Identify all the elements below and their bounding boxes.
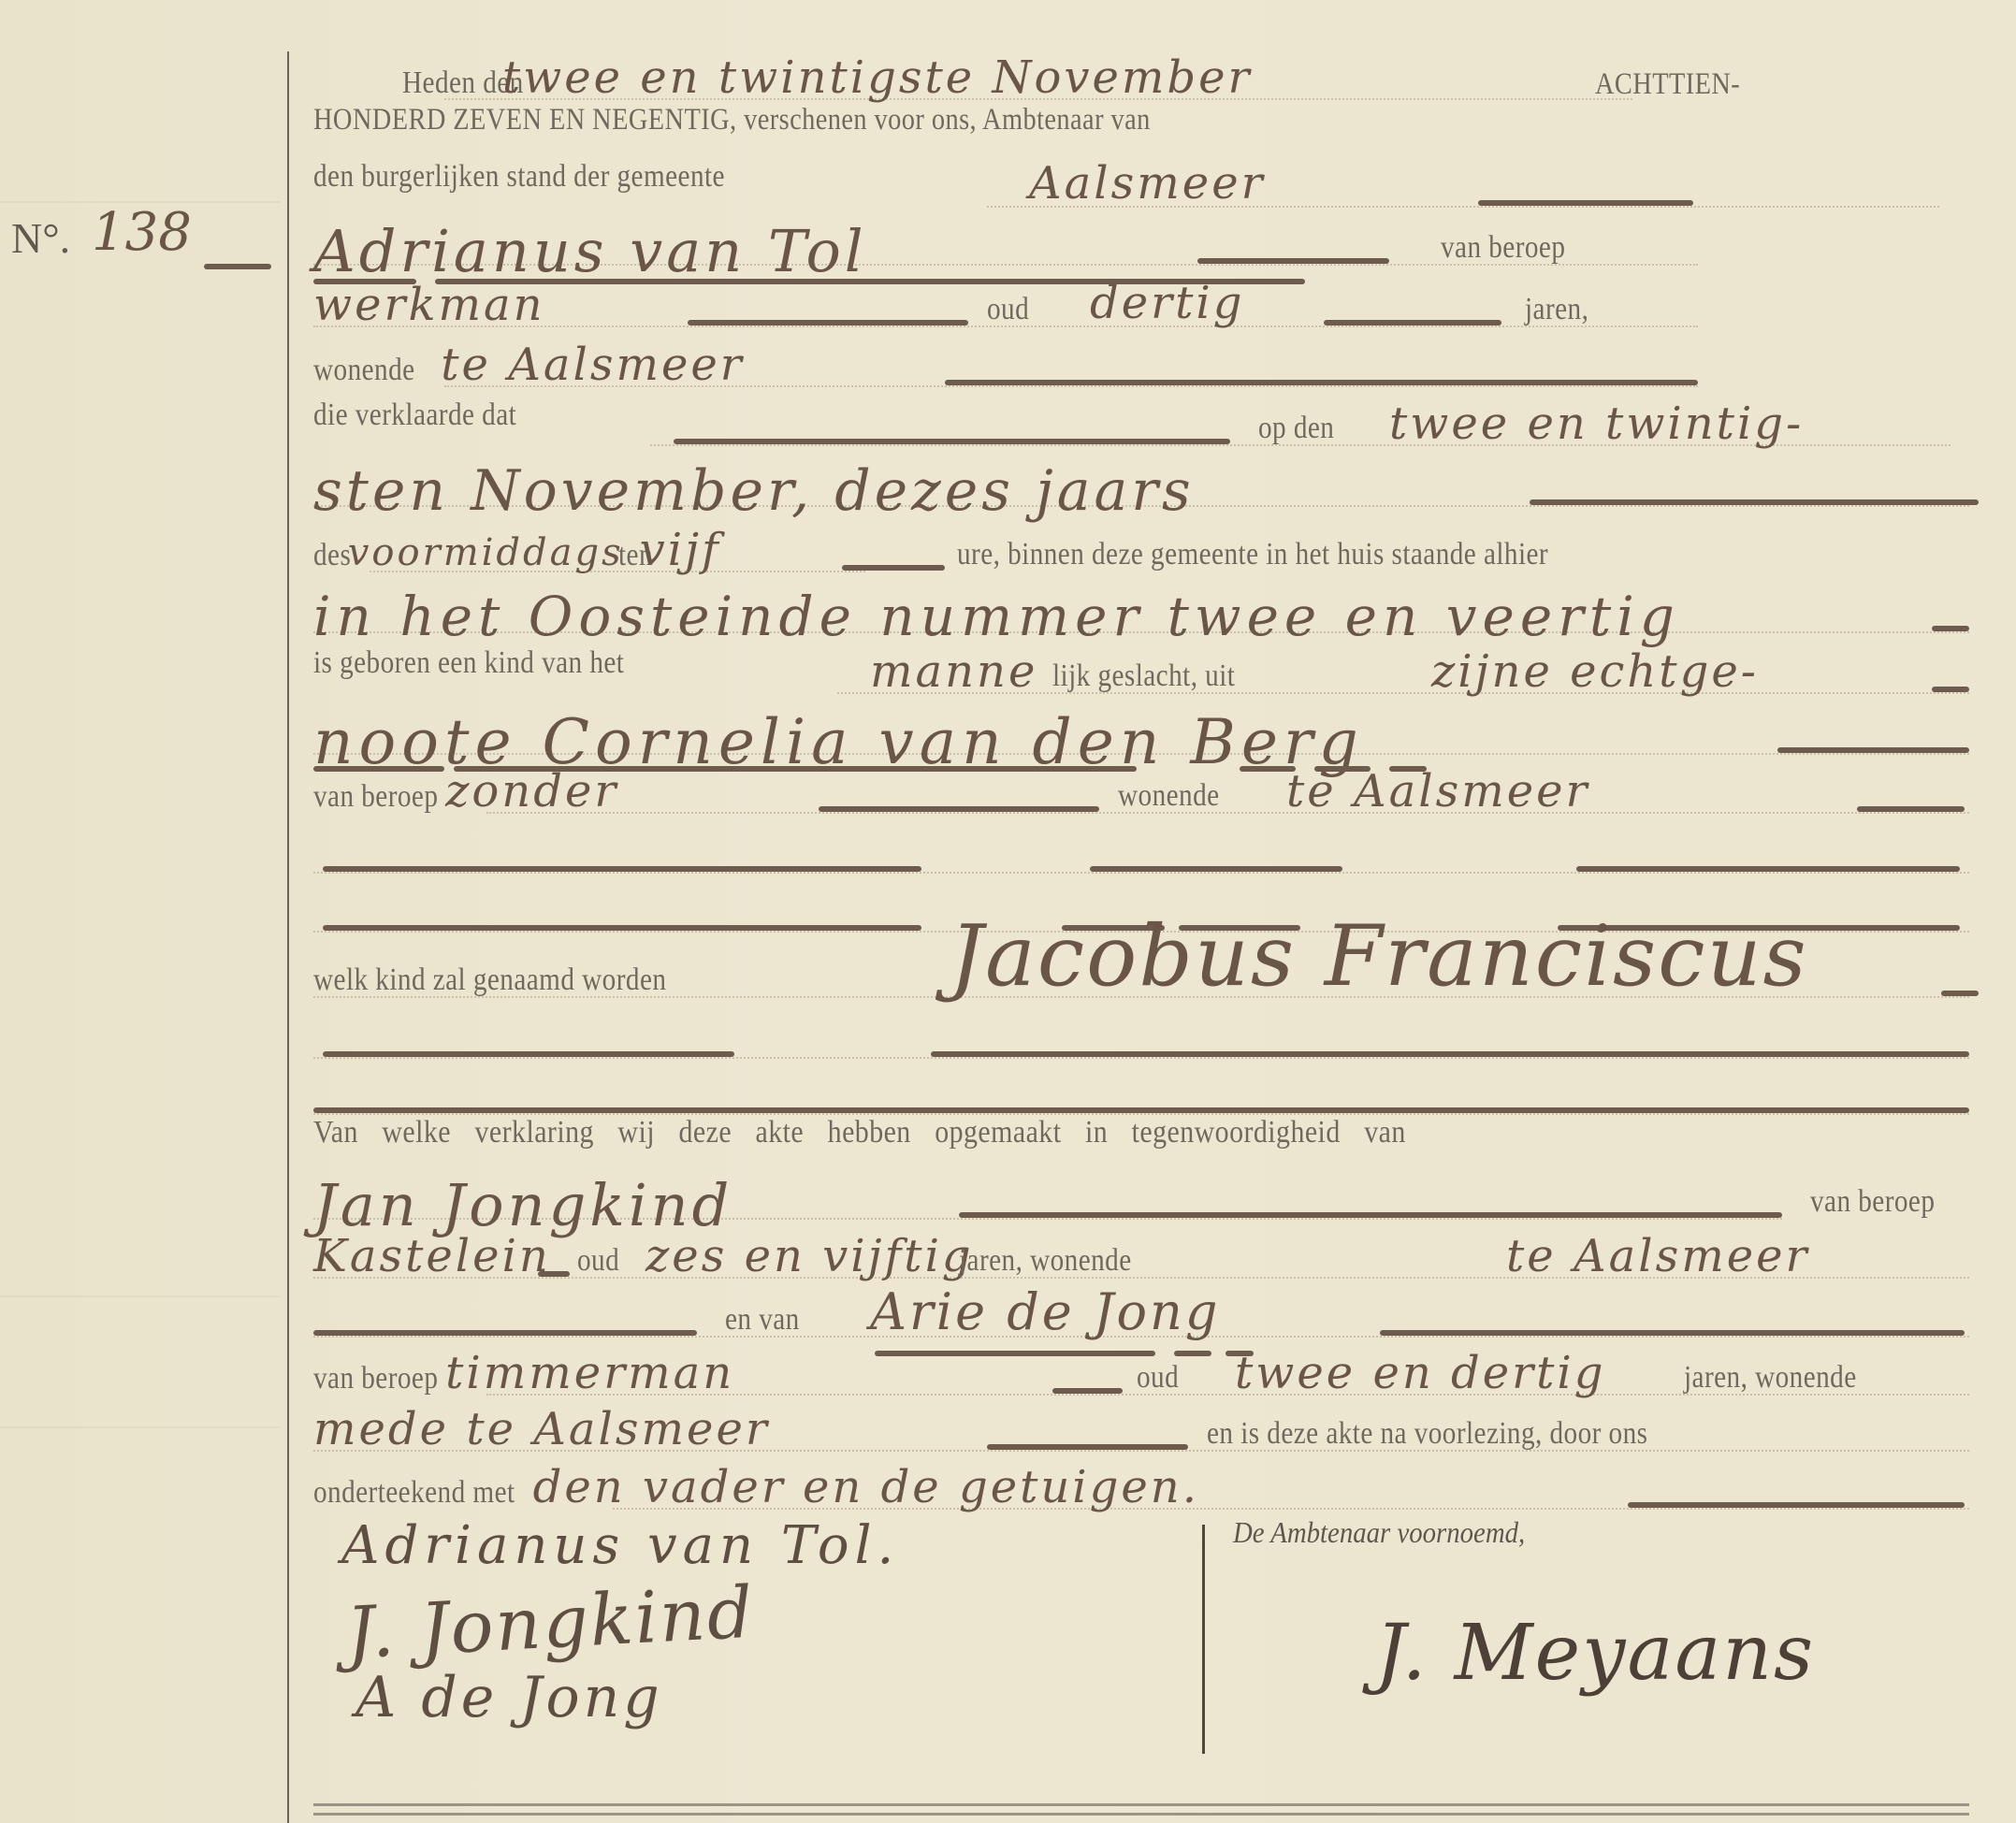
fill-dash — [1857, 806, 1965, 812]
bottom-double-rule — [313, 1813, 1969, 1816]
print-text: wonende — [1118, 778, 1220, 814]
form-line-22: en van Arie de Jong — [313, 1289, 1969, 1345]
form-line-4: Adrianus van Tol van beroep — [313, 217, 1969, 273]
handwritten-text: den vader en de getuigen. — [533, 1461, 1199, 1513]
print-text: van beroep — [313, 779, 438, 815]
print-text: en is deze akte na voorlezing, door ons — [1207, 1416, 1647, 1452]
form-line-24: mede te Aalsmeer en is deze akte na voor… — [313, 1403, 1969, 1459]
fill-dash — [1052, 1388, 1123, 1394]
print-text: jaren, — [1525, 292, 1588, 327]
fill-dash — [1628, 1502, 1965, 1508]
print-text: jaren, wonende — [1684, 1360, 1857, 1396]
print-text: des — [313, 538, 351, 573]
print-text: den burgerlijken stand der gemeente — [313, 159, 725, 195]
print-text: welk kind zal genaamd worden — [313, 962, 666, 998]
fill-dash — [1478, 200, 1693, 206]
fill-dash — [842, 565, 945, 571]
fill-dash — [323, 866, 921, 872]
fill-dash — [1932, 687, 1969, 692]
signature-divider-brace — [1202, 1525, 1211, 1754]
print-text: op den — [1258, 411, 1334, 446]
fill-dash — [674, 439, 1230, 444]
print-text: ACHTTIEN- — [1595, 67, 1740, 102]
handwritten-text: dertig — [1090, 277, 1244, 329]
margin-vertical-rule — [287, 51, 289, 1823]
print-text: Van welke verklaring wij deze akte hebbe… — [313, 1115, 1406, 1150]
form-line-3: den burgerlijken stand der gemeente Aals… — [313, 159, 1969, 215]
form-line-blank — [313, 825, 1969, 881]
form-line-9: desvoormiddagstenvijf ure, binnen deze g… — [313, 524, 1969, 580]
handwritten-text: zonder — [445, 765, 618, 817]
signature-witness-1: J. Jongkind — [344, 1570, 757, 1675]
form-line-blank — [313, 1010, 1969, 1066]
form-line-11: is geboren een kind van het manne lijk g… — [313, 645, 1969, 702]
handwritten-text: voormiddags — [348, 531, 624, 574]
record-number-label: N°. — [11, 213, 70, 263]
fill-dash — [1777, 747, 1969, 753]
handwritten-text: werkman — [313, 279, 545, 331]
form-line-7: die verklaarde dat op den twee en twinti… — [313, 398, 1969, 454]
fill-dash — [1197, 258, 1389, 264]
fill-dash — [1941, 991, 1979, 996]
fill-dash — [959, 1212, 1782, 1218]
margin-bleed-line — [0, 1295, 281, 1297]
form-line-19: Van welke verklaring wij deze akte hebbe… — [313, 1115, 1969, 1171]
handwritten-text: timmerman — [445, 1347, 734, 1399]
signature-witness-2: A de Jong — [355, 1665, 663, 1730]
print-text: ure, binnen deze gemeente in het huis st… — [957, 537, 1548, 572]
fill-dash — [819, 806, 1099, 812]
official-label: De Ambtenaar voornoemd, — [1233, 1515, 1525, 1550]
handwritten-text: vijf — [640, 524, 721, 576]
signature-official: J. Meyaans — [1375, 1609, 1815, 1698]
form-line-13: van beroep zonder wonende te Aalsmeer — [313, 765, 1969, 821]
fill-dash — [313, 1107, 1969, 1113]
handwritten-text: zes en vijftig — [645, 1230, 974, 1282]
handwritten-text: Adrianus van Tol — [313, 217, 867, 285]
handwritten-text: twee en twintigste November — [502, 51, 1253, 104]
fill-dash — [987, 1444, 1188, 1450]
print-text: die verklaarde dat — [313, 398, 516, 433]
form-line-5: werkman oud dertig jaren, — [313, 279, 1969, 335]
fill-dash — [323, 1051, 734, 1057]
handwritten-text: mede te Aalsmeer — [313, 1403, 770, 1455]
print-text: is geboren een kind van het — [313, 645, 624, 681]
form-line-20: Jan Jongkind van beroep — [313, 1171, 1969, 1227]
handwritten-text: te Aalsmeer — [1506, 1230, 1810, 1282]
fill-dash — [204, 264, 271, 269]
fill-dash — [945, 380, 1698, 385]
print-text: en van — [725, 1302, 800, 1338]
margin-bleed-line — [0, 1426, 281, 1428]
witness-2-name: Arie de Jong — [870, 1282, 1220, 1341]
signature-father: Adrianus van Tol. — [341, 1515, 899, 1576]
print-text: van beroep — [313, 1361, 438, 1396]
handwritten-text: twee en dertig — [1235, 1347, 1605, 1399]
handwritten-text: te Aalsmeer — [441, 339, 745, 391]
form-line-child-name: welk kind zal genaamd worden Jacobus Fra… — [313, 940, 1969, 1006]
print-text: onderteekend met — [313, 1475, 515, 1511]
form-line-10: in het Oosteinde nummer twee en veertig — [313, 585, 1969, 641]
handwritten-text: Kastelein — [313, 1230, 551, 1282]
handwritten-text: Aalsmeer — [1029, 157, 1266, 210]
child-name: Jacobus Franciscus — [950, 907, 1808, 1006]
bottom-double-rule — [313, 1803, 1969, 1806]
handwritten-text: twee en twintig- — [1389, 398, 1804, 450]
fill-dash — [313, 1330, 697, 1336]
fill-dash — [1932, 626, 1969, 631]
handwritten-text: in het Oosteinde nummer twee en veertig — [313, 585, 1680, 648]
form-line-8: sten November, dezes jaars — [313, 458, 1969, 514]
form-line-25: onderteekend met den vader en de getuige… — [313, 1461, 1969, 1517]
form-line-6: wonende te Aalsmeer — [313, 339, 1969, 395]
form-line-21: Kastelein oud zes en vijftig jaren, wone… — [313, 1230, 1969, 1286]
handwritten-text: te Aalsmeer — [1286, 765, 1590, 817]
print-text: van beroep — [1441, 230, 1565, 266]
form-line-12: noote Cornelia van den Berg — [313, 706, 1969, 762]
form-line-2: HONDERD ZEVEN EN NEGENTIG, verschenen vo… — [313, 103, 1969, 159]
fill-dash — [1090, 866, 1342, 872]
form-line-blank — [313, 1066, 1969, 1122]
print-text: lijk geslacht, uit — [1052, 658, 1235, 694]
print-text: HONDERD ZEVEN EN NEGENTIG, verschenen vo… — [313, 103, 1151, 137]
fill-dash — [1324, 320, 1501, 326]
print-text: van beroep — [1810, 1184, 1935, 1220]
print-text: oud — [577, 1243, 619, 1279]
print-text: oud — [1137, 1360, 1179, 1396]
form-line-1: Heden den twee en twintigste November AC… — [313, 51, 1969, 108]
print-text: oud — [987, 292, 1029, 327]
handwritten-text: manne — [870, 645, 1037, 698]
record-number: 138 — [92, 202, 192, 263]
fill-dash — [1576, 866, 1960, 872]
handwritten-text: zijne echtge- — [1431, 645, 1759, 698]
form-line-23: van beroep timmerman oud twee en dertig … — [313, 1347, 1969, 1403]
handwritten-text: sten November, dezes jaars — [313, 458, 1195, 524]
fill-dash — [688, 320, 968, 326]
fill-dash — [1530, 499, 1979, 505]
print-text: jaren, wonende — [959, 1243, 1132, 1279]
fill-dash — [1380, 1330, 1965, 1336]
certificate-page: N°. 138 Heden den twee en twintigste Nov… — [0, 0, 2016, 1823]
print-text: wonende — [313, 353, 415, 388]
fill-dash — [931, 1051, 1969, 1057]
fill-dash — [538, 1271, 570, 1277]
fill-dash — [323, 925, 921, 931]
